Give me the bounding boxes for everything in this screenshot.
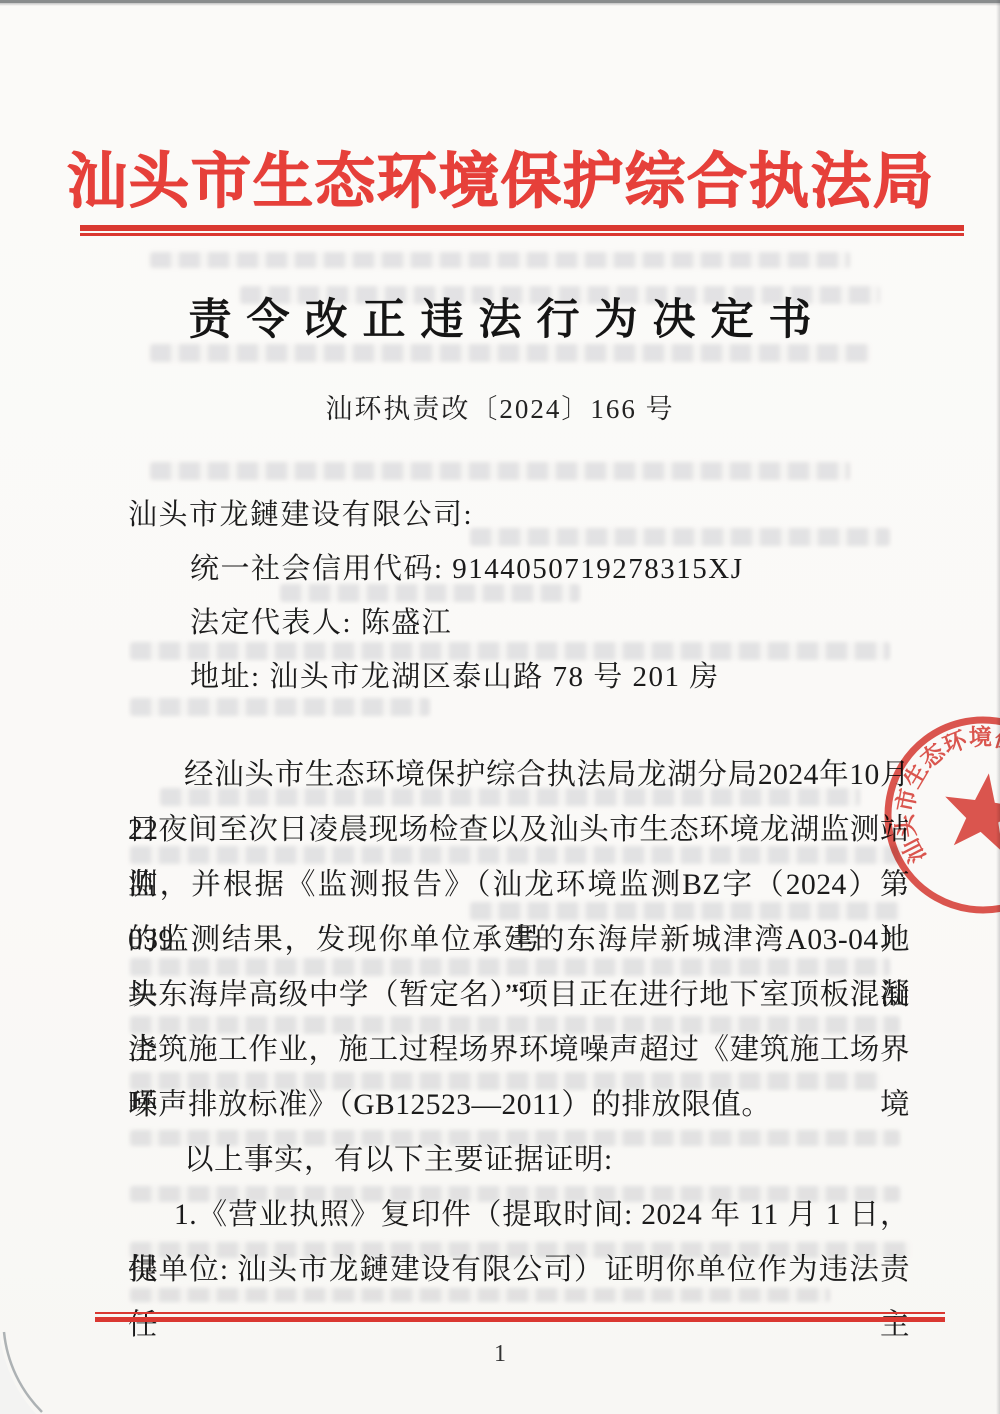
credit-code-line: 统一社会信用代码: 9144050719278315XJ (128, 542, 918, 596)
footer-divider-rule (95, 1312, 945, 1322)
bleedthrough-artifact (150, 252, 850, 268)
evidence-intro-line: 以上事实，有以下主要证据证明: (128, 1133, 910, 1188)
letterhead-divider-rule (80, 225, 964, 236)
address-line: 地址: 汕头市龙湖区泰山路 78 号 201 房 (128, 650, 918, 704)
agency-letterhead-title: 汕头市生态环境保护综合执法局 (0, 136, 1000, 228)
legal-representative-line: 法定代表人: 陈盛江 (128, 596, 918, 650)
body-line: 日夜间至次日凌晨现场检查以及汕头市生态环境龙湖监测站监 (128, 803, 910, 858)
body-line: 经汕头市生态环境保护综合执法局龙湖分局2024年10月22 (128, 748, 910, 803)
scanned-document-page: 汕头市生态环境保护综合执法局 责令改正违法行为决定书 汕环执责改〔2024〕16… (0, 0, 1000, 1414)
evidence-item-line: 1.《营业执照》复印件（提取时间: 2024 年 11 月 1 日，提 (128, 1188, 910, 1243)
document-title: 责令改正违法行为决定书 (0, 294, 1000, 348)
page-number: 1 (0, 1334, 1000, 1374)
body-line: 头东海岸高级中学（暂定名）”项目正在进行地下室顶板混凝土 (128, 968, 910, 1023)
document-number: 汕环执责改〔2024〕166 号 (0, 391, 1000, 427)
evidence-item-line: 供单位: 汕头市龙鏈建设有限公司）证明你单位作为违法责任主 (128, 1243, 910, 1298)
bleedthrough-artifact (150, 462, 850, 480)
recipient-block: 汕头市龙鏈建设有限公司: 统一社会信用代码: 9144050719278315X… (128, 488, 918, 704)
seal-star-icon (939, 768, 1000, 854)
page-corner-curl-artifact (0, 1330, 44, 1414)
recipient-name: 汕头市龙鏈建设有限公司: (128, 488, 918, 542)
body-line: 的监测结果，发现你单位承建的东海岸新城津湾A03-04地块“汕 (128, 913, 910, 968)
official-seal-stamp: 汕头市生态环境保护综合执法局 (878, 710, 1000, 920)
body-line: 测，并根据《监测报告》（汕龙环境监测BZ字（2024）第039号） (128, 858, 910, 913)
scan-edge-artifact (0, 3, 1000, 6)
body-line: 浇筑施工作业，施工过程场界环境噪声超过《建筑施工场界环境 (128, 1023, 910, 1078)
document-body: 经汕头市生态环境保护综合执法局龙湖分局2024年10月22 日夜间至次日凌晨现场… (128, 748, 910, 1298)
